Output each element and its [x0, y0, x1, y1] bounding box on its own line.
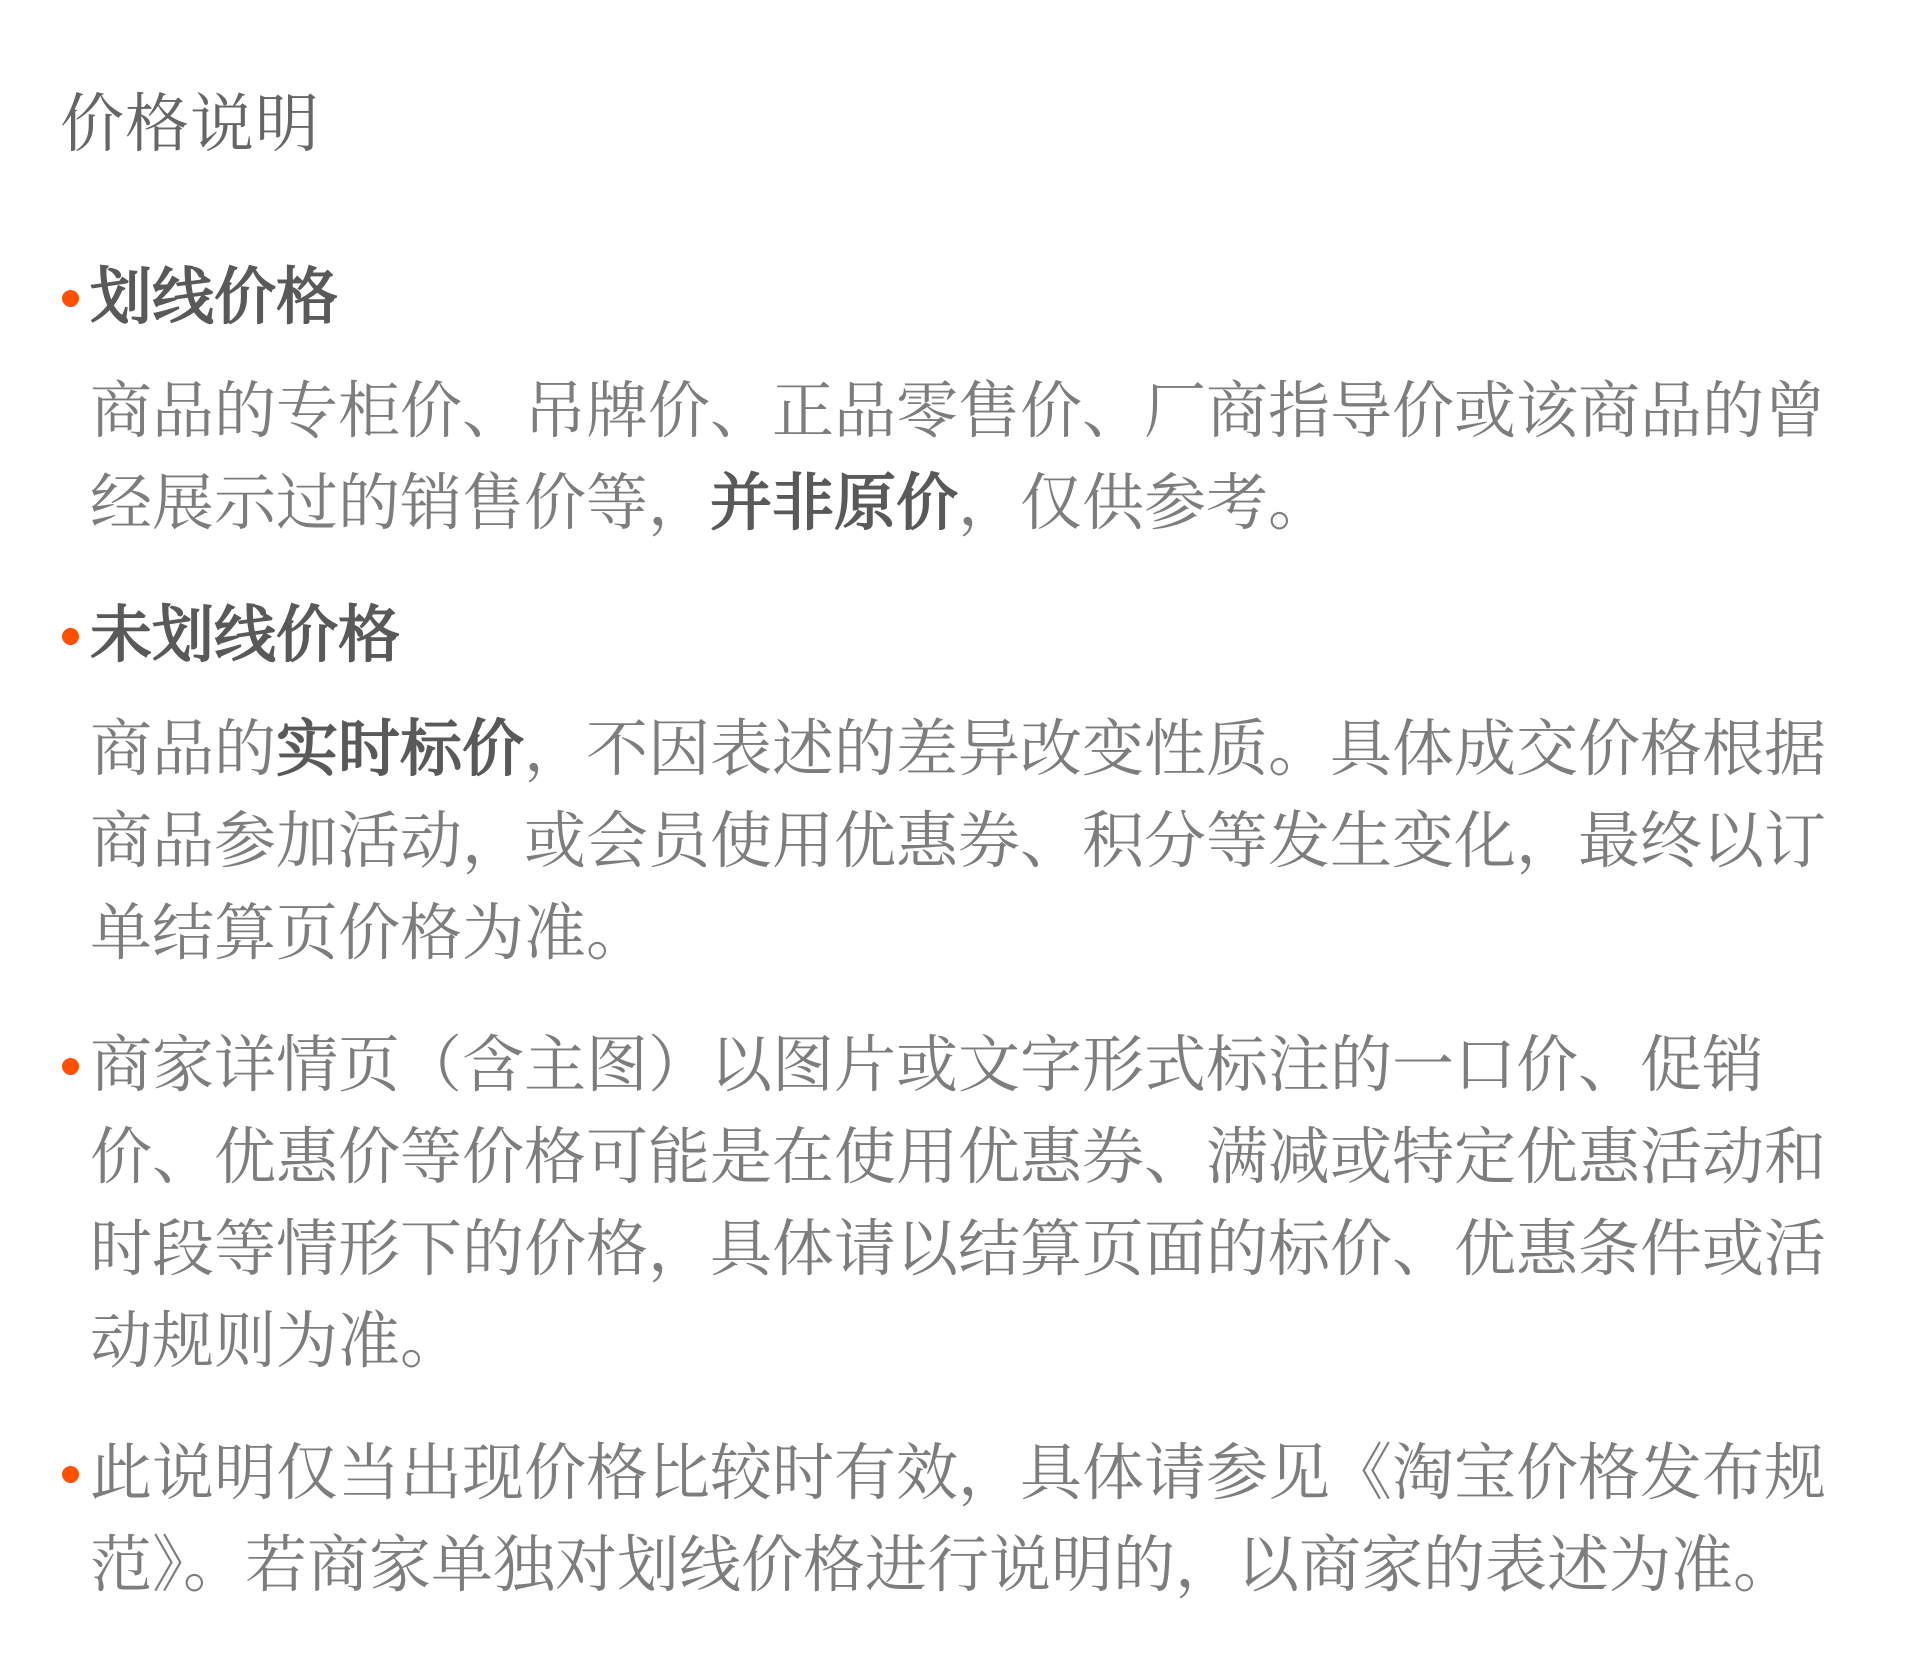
body-text: 商品的: [90, 715, 276, 784]
emphasized-text: 并非原价: [710, 469, 958, 538]
list-item-paragraph: 商家详情页（含主图）以图片或文字形式标注的一口价、促销价、优惠价等价格可能是在使…: [90, 1020, 1859, 1388]
page-title: 价格说明: [60, 84, 1859, 164]
list-item-paragraph: 此说明仅当出现价格比较时有效，具体请参见《淘宝价格发布规范》。若商家单独对划线价…: [90, 1428, 1859, 1612]
emphasized-text: 实时标价: [276, 715, 524, 784]
list-item: 此说明仅当出现价格比较时有效，具体请参见《淘宝价格发布规范》。若商家单独对划线价…: [60, 1428, 1859, 1612]
list-item-heading: 划线价格: [90, 252, 1859, 344]
list-item: 未划线价格商品的实时标价，不因表述的差异改变性质。具体成交价格根据商品参加活动，…: [60, 590, 1859, 980]
body-text: 商家详情页（含主图）以图片或文字形式标注的一口价、促销价、优惠价等价格可能是在使…: [90, 1031, 1826, 1376]
body-text: ，仅供参考。: [958, 469, 1330, 538]
list-item-heading: 未划线价格: [90, 590, 1859, 682]
list-item-paragraph: 商品的实时标价，不因表述的差异改变性质。具体成交价格根据商品参加活动，或会员使用…: [90, 704, 1859, 980]
list-item-paragraph: 商品的专柜价、吊牌价、正品零售价、厂商指导价或该商品的曾经展示过的销售价等，并非…: [90, 366, 1859, 550]
bullet-icon: [62, 1466, 79, 1483]
list-item: 商家详情页（含主图）以图片或文字形式标注的一口价、促销价、优惠价等价格可能是在使…: [60, 1020, 1859, 1388]
bullet-icon: [62, 1058, 79, 1075]
list-item: 划线价格商品的专柜价、吊牌价、正品零售价、厂商指导价或该商品的曾经展示过的销售价…: [60, 252, 1859, 550]
body-text: 此说明仅当出现价格比较时有效，具体请参见《淘宝价格发布规范》。若商家单独对划线价…: [90, 1439, 1826, 1600]
bullet-icon: [62, 290, 79, 307]
price-explanation-section: 价格说明 划线价格商品的专柜价、吊牌价、正品零售价、厂商指导价或该商品的曾经展示…: [0, 0, 1919, 1661]
price-notes-list: 划线价格商品的专柜价、吊牌价、正品零售价、厂商指导价或该商品的曾经展示过的销售价…: [60, 252, 1859, 1612]
bullet-icon: [62, 628, 79, 645]
